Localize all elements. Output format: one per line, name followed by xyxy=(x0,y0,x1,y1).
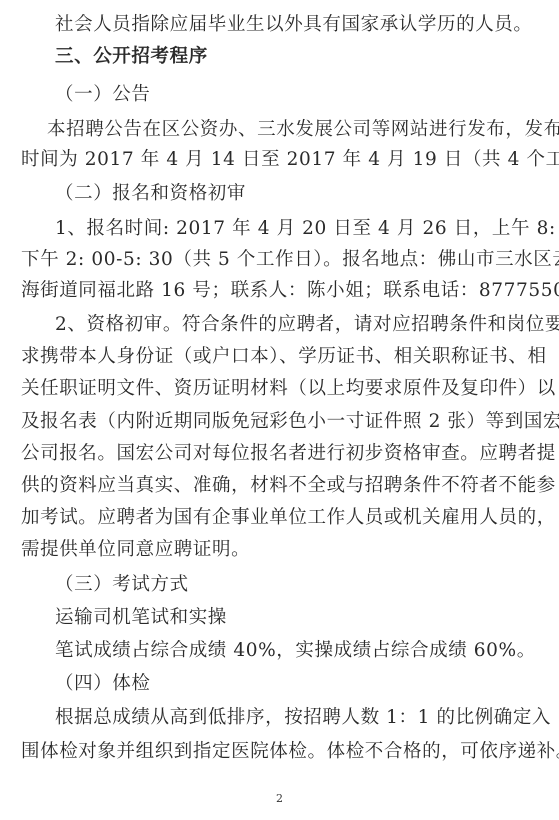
paragraph-line: 需提供单位同意应聘证明。 xyxy=(21,539,250,561)
paragraph-line: 关任职证明文件、资历证明材料（以上均要求原件及复印件）以 xyxy=(21,378,556,400)
paragraph-line: 笔试成绩占综合成绩 40%，实操成绩占综合成绩 60%。 xyxy=(55,640,536,662)
subsection-heading: （三）考试方式 xyxy=(55,574,189,596)
document-page: 社会人员指除应届毕业生以外具有国家承认学历的人员。 三、公开招考程序 （一）公告… xyxy=(0,0,559,820)
subsection-heading: （四）体检 xyxy=(55,673,151,695)
paragraph-line: 公司报名。国宏公司对每位报名者进行初步资格审查。应聘者提 xyxy=(21,443,556,465)
paragraph-line: 本招聘公告在区公资办、三水发展公司等网站进行发布，发布 xyxy=(47,119,559,141)
paragraph-line: 根据总成绩从高到低排序，按招聘人数 1：1 的比例确定入 xyxy=(55,707,551,729)
subsection-heading: （二）报名和资格初审 xyxy=(55,183,246,205)
text-line: 社会人员指除应届毕业生以外具有国家承认学历的人员。 xyxy=(55,14,533,36)
paragraph-line: 及报名表（内附近期同版免冠彩色小一寸证件照 2 张）等到国宏 xyxy=(21,411,559,433)
paragraph-line: 求携带本人身份证（或户口本）、学历证书、相关职称证书、相 xyxy=(21,346,547,368)
paragraph-line: 1、报名时间: 2017 年 4 月 20 日至 4 月 26 日，上午 8: … xyxy=(55,218,559,240)
paragraph-line: 2、资格初审。符合条件的应聘者，请对应招聘条件和岗位要 xyxy=(55,314,559,336)
paragraph-line: 下午 2: 00-5: 30（共 5 个工作日）。报名地点：佛山市三水区云东 xyxy=(21,249,559,271)
paragraph-line: 供的资料应当真实、准确，材料不全或与招聘条件不符者不能参 xyxy=(21,475,556,497)
paragraph-line: 海街道同福北路 16 号；联系人：陈小姐；联系电话：87775507。 xyxy=(21,280,559,302)
paragraph-line: 围体检对象并组织到指定医院体检。体检不合格的，可依序递补。 xyxy=(21,741,559,763)
page-number: 2 xyxy=(0,792,559,805)
paragraph-line: 运输司机笔试和实操 xyxy=(55,607,227,629)
section-heading: 三、公开招考程序 xyxy=(55,46,208,68)
subsection-heading: （一）公告 xyxy=(55,84,151,106)
paragraph-line: 时间为 2017 年 4 月 14 日至 2017 年 4 月 19 日（共 4… xyxy=(21,149,559,171)
paragraph-line: 加考试。应聘者为国有企事业单位工作人员或机关雇用人员的， xyxy=(21,507,556,529)
